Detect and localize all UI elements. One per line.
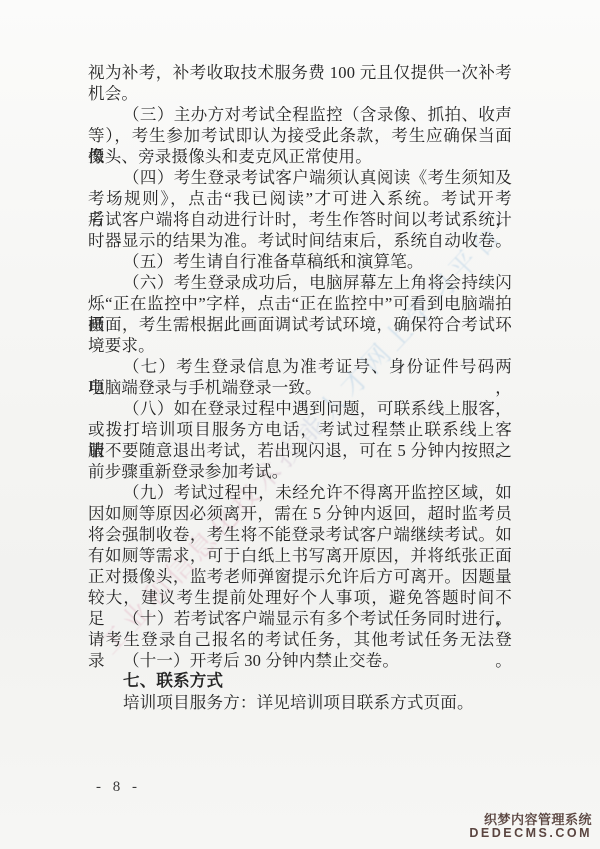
text-line: （七）考生登录信息为准考证号、身份证件号码两项， bbox=[88, 356, 512, 377]
page-number: - 8 - bbox=[96, 779, 141, 796]
text-line: （八）如在登录过程中遇到问题，可联系线上服客， bbox=[88, 398, 512, 419]
text-line: 等），考生参加考试即认为接受此条款，考生应确保当面摄 bbox=[88, 125, 512, 146]
text-line: 请考生登录自己报名的考试任务，其他考试任务无法登录。 bbox=[88, 629, 512, 650]
section-heading: 七、联系方式 bbox=[88, 671, 512, 692]
text-line: 或拨打培训项目服务方电话，考试过程禁止联系线上客服。 bbox=[88, 419, 512, 440]
text-line: 视为补考，补考收取技术服务费 100 元且仅提供一次补考 bbox=[88, 62, 512, 83]
text-line: 因如厕等原因必须离开，需在 5 分钟内返回，超时监考员 bbox=[88, 503, 512, 524]
text-line: 画面，考生需根据此画面调试考试环境，确保符合考试环 bbox=[88, 314, 512, 335]
text-line: 有如厕等需求，可于白纸上书写离开原因，并将纸张正面 bbox=[88, 545, 512, 566]
text-line: 时器显示的结果为准。考试时间结束后，系统自动收卷。 bbox=[88, 230, 512, 251]
text-line: （五）考生请自行准备草稿纸和演算笔。 bbox=[88, 251, 512, 272]
text-line: 请不要随意退出考试，若出现闪退，可在 5 分钟内按照之 bbox=[88, 440, 512, 461]
cms-watermark: 织梦内容管理系统 DEDECMS.COM bbox=[469, 813, 592, 840]
text-line: 境要求。 bbox=[88, 335, 512, 356]
cms-watermark-domain: DEDECMS.COM bbox=[469, 827, 592, 840]
text-line: 考场规则》，点击“我已阅读”才可进入系统。考试开考后， bbox=[88, 188, 512, 209]
text-line: 烁“正在监控中”字样，点击“正在监控中”可看到电脑端拍摄 bbox=[88, 293, 512, 314]
text-line: （六）考生登录成功后，电脑屏幕左上角将会持续闪 bbox=[88, 272, 512, 293]
document-page: 工业和信息化技术技能人才网上学习平台 视为补考，补考收取技术服务费 100 元且… bbox=[0, 0, 600, 849]
text-line: 前步骤重新登录参加考试。 bbox=[88, 461, 512, 482]
text-line: （九）考试过程中，未经允许不得离开监控区域，如 bbox=[88, 482, 512, 503]
cms-watermark-chinese: 织梦内容管理系统 bbox=[469, 813, 592, 827]
text-line: 机会。 bbox=[88, 83, 512, 104]
document-text-block: 视为补考，补考收取技术服务费 100 元且仅提供一次补考机会。（三）主办方对考试… bbox=[88, 62, 512, 713]
text-line: 较大，建议考生提前处理好个人事项，避免答题时间不足。 bbox=[88, 587, 512, 608]
text-line: （十）若考试客户端显示有多个考试任务同时进行， bbox=[88, 608, 512, 629]
text-line: 像头、旁录摄像头和麦克风正常使用。 bbox=[88, 146, 512, 167]
text-line: （三）主办方对考试全程监控（含录像、抓拍、收声 bbox=[88, 104, 512, 125]
text-line: 考试客户端将自动进行计时，考生作答时间以考试系统计 bbox=[88, 209, 512, 230]
text-line: （四）考生登录考试客户端须认真阅读《考生须知及 bbox=[88, 167, 512, 188]
text-line: 将会强制收卷，考生将不能登录考试客户端继续考试。如 bbox=[88, 524, 512, 545]
text-line: 正对摄像头，监考老师弹窗提示允许后方可离开。因题量 bbox=[88, 566, 512, 587]
text-line: 培训项目服务方：详见培训项目联系方式页面。 bbox=[88, 692, 512, 713]
